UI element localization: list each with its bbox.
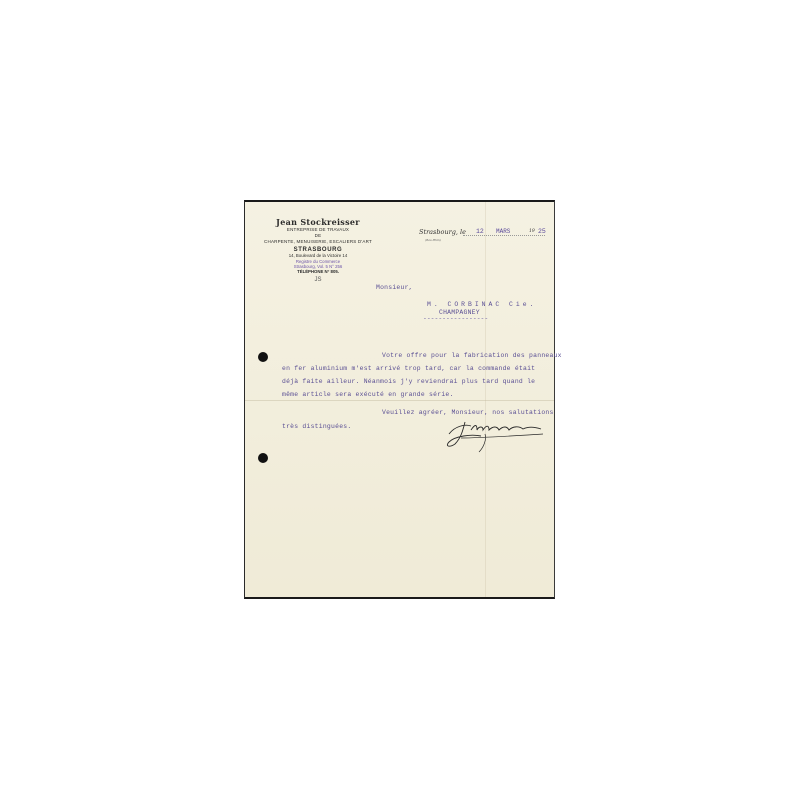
date-region: (Bas-Rhin)	[425, 238, 441, 242]
salutation: Monsieur,	[376, 284, 413, 291]
date-year: 25	[538, 228, 546, 235]
date-day: 12	[476, 228, 484, 235]
closing-line-2: très distinguées.	[282, 423, 351, 430]
recipient-name: M. CORBINAC Cie.	[427, 301, 536, 308]
company-line-3: CHARPENTE, MENUISERIE, ESCALIERS D'ART	[253, 239, 383, 245]
paper-fold	[245, 400, 554, 401]
closing-line: Veuillez agréer, Monsieur, nos salutatio…	[382, 409, 554, 416]
letter-page: Jean Stockreisser ENTREPRISE DE TRAVAUX …	[244, 200, 555, 599]
body-line: déjà faite ailleur. Néanmois j'y reviend…	[282, 378, 535, 385]
letterhead: Jean Stockreisser ENTREPRISE DE TRAVAUX …	[253, 217, 383, 283]
punch-hole-icon	[258, 352, 268, 362]
paper-crease	[485, 202, 486, 597]
date-year-prefix: 19	[529, 229, 535, 234]
date-dotted-line	[463, 235, 545, 236]
body-line: en fer aluminium m'est arrivé trop tard,…	[282, 365, 535, 372]
monogram-icon: JS	[253, 277, 383, 283]
signature-icon	[441, 416, 546, 456]
recipient-underline: -----------------	[423, 315, 488, 322]
date-place: Strasbourg, le	[419, 228, 466, 236]
punch-hole-icon	[258, 453, 268, 463]
company-name: Jean Stockreisser	[253, 217, 383, 227]
body-line: même article sera exécuté en grande séri…	[282, 391, 454, 398]
date-month: MARS	[496, 228, 510, 235]
company-telephone: TÉLÉPHONE N° 805.	[253, 269, 383, 275]
body-line: Votre offre pour la fabrication des pann…	[382, 352, 562, 359]
date-line: Strasbourg, le (Bas-Rhin) 12 MARS 19 25	[419, 228, 553, 240]
